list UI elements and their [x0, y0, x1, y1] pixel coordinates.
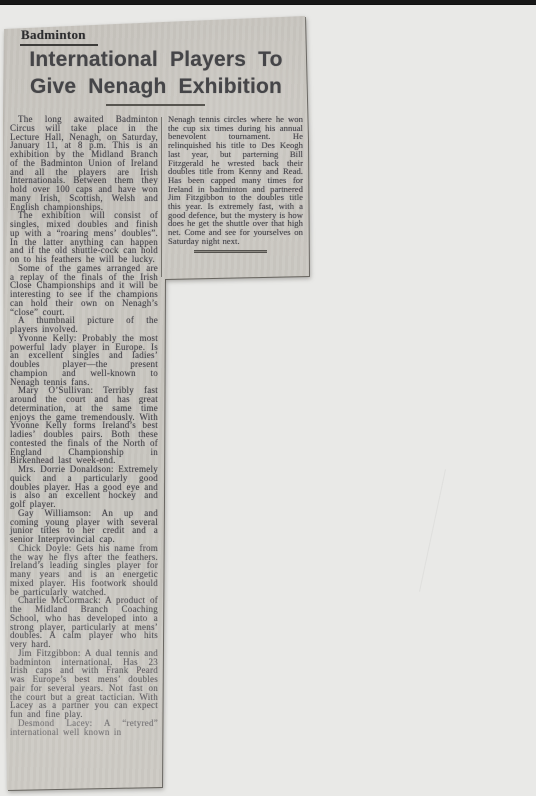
article-paragraph: Chick Doyle: Gets his name from the way … — [10, 544, 158, 597]
article-paragraph: The exhibition will consist of singles, … — [10, 211, 158, 264]
article-paragraph: Yvonne Kelly: Probably the most powerful… — [10, 334, 158, 387]
article-left-column: The long awaited Badminton Circus will t… — [10, 115, 158, 736]
headline-line-2: Give Nenagh Exhibition — [30, 75, 282, 98]
newspaper-clipping: Badminton International Players To Give … — [0, 0, 536, 796]
article-paragraph: Mary O’Sullivan: Terribly fast around th… — [10, 386, 158, 465]
article-paragraph: Desmond Lacey: A “retyred” international… — [10, 719, 158, 737]
article-paragraph: Nenagh tennis circles where he won the c… — [168, 115, 303, 246]
article-paragraph: The long awaited Badminton Circus will t… — [10, 115, 158, 211]
article-paragraph: A thumbnail picture of the players invol… — [10, 316, 158, 334]
article-paragraph: Mrs. Dorrie Donaldson: Extremely quick a… — [10, 465, 158, 509]
article-paragraph: Some of the games arranged are a replay … — [10, 264, 158, 317]
column-divider — [161, 117, 162, 277]
article-paragraph: Gay Williamson: An up and coming young p… — [10, 509, 158, 544]
headline-line-1: International Players To — [29, 48, 282, 71]
article-paragraph: Charlie McCormack: A product of the Midl… — [10, 596, 158, 649]
headline-rule — [106, 104, 205, 106]
scanned-page: Badminton International Players To Give … — [0, 0, 536, 796]
headline: International Players To Give Nenagh Exh… — [8, 46, 304, 100]
article-paragraph: Jim Fitzgibbon: A dual tennis and badmin… — [10, 649, 158, 719]
article-end-rule — [194, 250, 267, 253]
section-kicker: Badminton — [20, 27, 98, 46]
clipping-shadow-wrap: Badminton International Players To Give … — [0, 0, 536, 796]
article-right-column: Nenagh tennis circles where he won the c… — [168, 115, 303, 253]
